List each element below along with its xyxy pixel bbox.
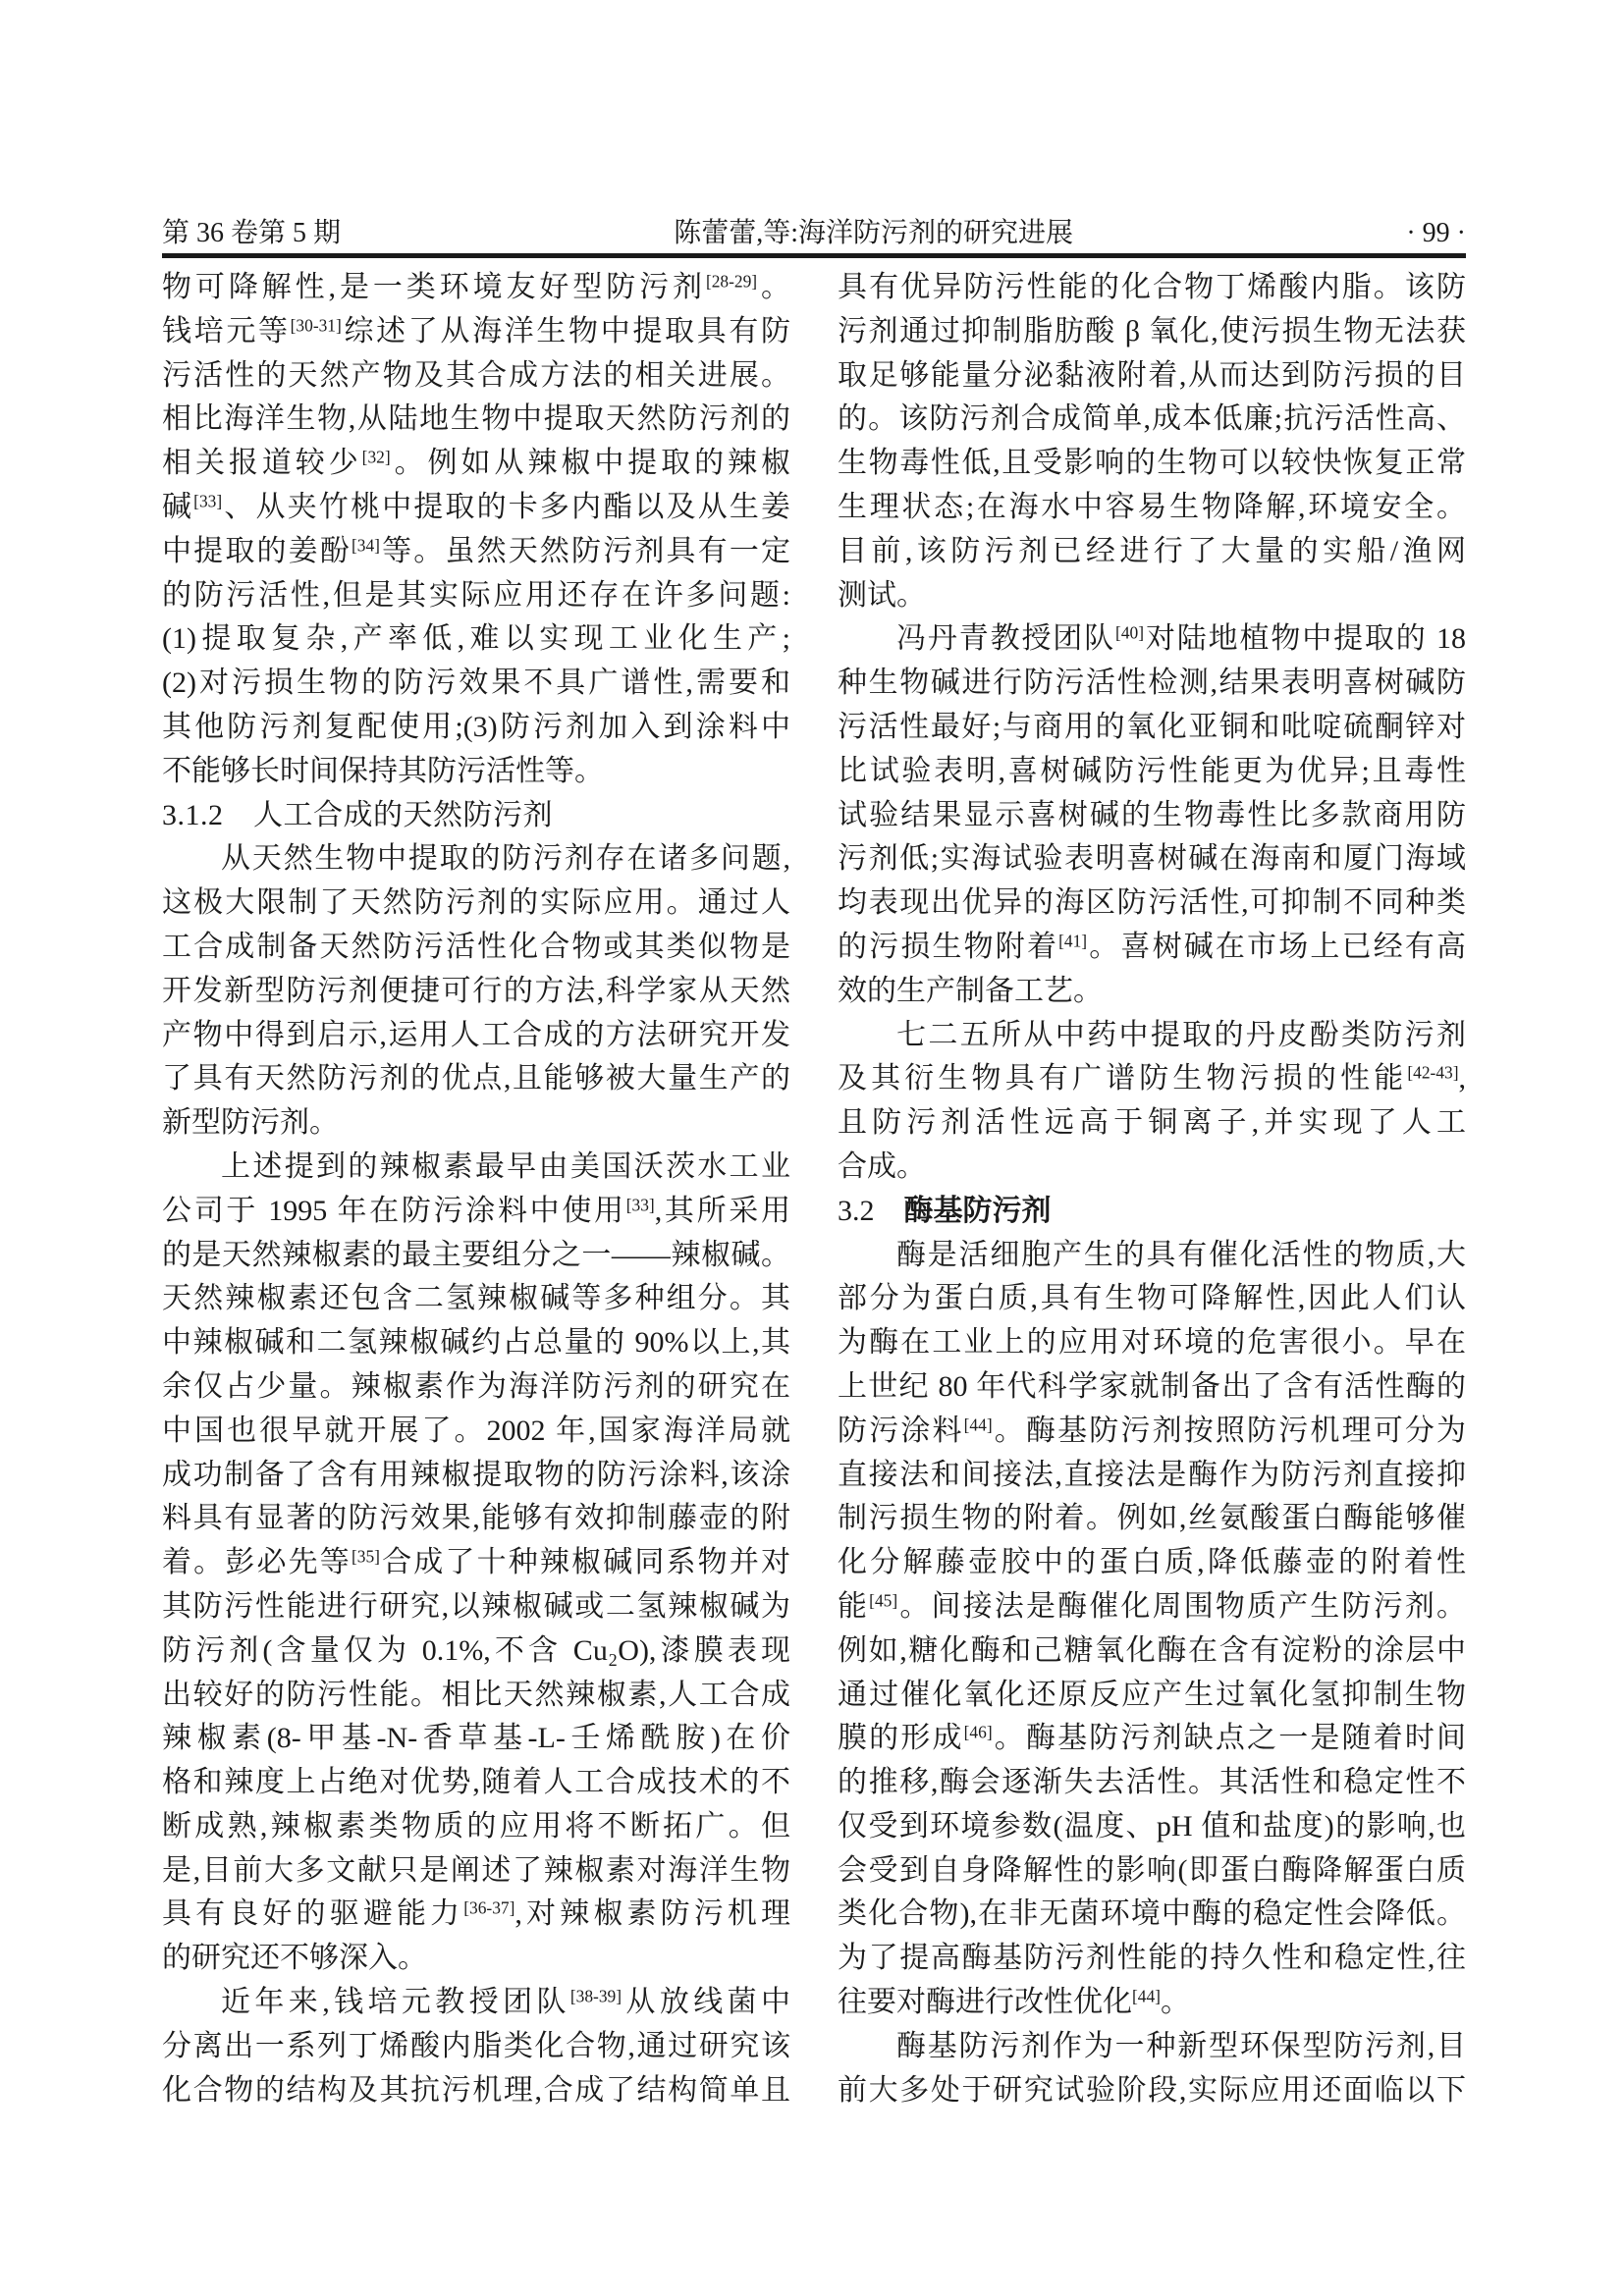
- citation-ref: [40]: [1115, 623, 1144, 643]
- citation-ref: [45]: [869, 1590, 897, 1610]
- text-line: 具有优异防污性能的化合物丁烯酸内脂。该防: [838, 266, 1466, 310]
- text-line: 工合成制备天然防污活性化合物或其类似物是: [162, 926, 790, 970]
- text-line: 余仅占少量。辣椒素作为海洋防污剂的研究在: [162, 1365, 790, 1410]
- right-text-column: 具有优异防污性能的化合物丁烯酸内脂。该防污剂通过抑制脂肪酸 β 氧化,使污损生物…: [838, 266, 1466, 2112]
- text-line: 分离出一系列丁烯酸内脂类化合物,通过研究该: [162, 2025, 790, 2069]
- text-line: 防污涂料[44]。酶基防污剂按照防污机理可分为: [838, 1410, 1466, 1454]
- citation-ref: [44]: [1132, 1987, 1161, 2006]
- citation-ref: [41]: [1058, 931, 1087, 950]
- text-line: 防污剂(含量仅为 0.1%,不含 Cu₂O),漆膜表现: [162, 1629, 790, 1674]
- text-line: 污剂低;实海试验表明喜树碱在海南和厦门海域: [838, 837, 1466, 881]
- text-line: 为酶在工业上的应用对环境的危害很小。早在: [838, 1321, 1466, 1365]
- text-line: 能[45]。间接法是酶催化周围物质产生防污剂。: [838, 1585, 1466, 1629]
- text-line: 生物毒性低,且受影响的生物可以较快恢复正常: [838, 442, 1466, 486]
- text-line: 酶基防污剂作为一种新型环保型防污剂,目: [838, 2025, 1466, 2069]
- text-line: 着。彭必先等[35]合成了十种辣椒碱同系物并对: [162, 1541, 790, 1585]
- page-header: 第 36 卷第 5 期 陈蕾蕾,等:海洋防污剂的研究进展 · 99 ·: [162, 216, 1466, 251]
- text-line: 污活性最好;与商用的氧化亚铜和吡啶硫酮锌对: [838, 706, 1466, 750]
- citation-ref: [28-29]: [706, 271, 757, 291]
- text-line: 相比海洋生物,从陆地生物中提取天然防污剂的: [162, 398, 790, 442]
- text-line: 其防污性能进行研究,以辣椒碱或二氢辣椒碱为: [162, 1585, 790, 1629]
- text-line: 比试验表明,喜树碱防污性能更为优异;且毒性: [838, 750, 1466, 794]
- text-line: 具有良好的驱避能力[36-37],对辣椒素防污机理: [162, 1893, 790, 1937]
- running-title: 陈蕾蕾,等:海洋防污剂的研究进展: [341, 216, 1406, 251]
- text-line: 是,目前大多文献只是阐述了辣椒素对海洋生物: [162, 1849, 790, 1894]
- text-line: 出较好的防污性能。相比天然辣椒素,人工合成: [162, 1674, 790, 1718]
- text-line: 合成。: [838, 1146, 1466, 1190]
- text-line: 例如,糖化酶和己糖氧化酶在含有淀粉的涂层中: [838, 1629, 1466, 1674]
- text-line: 及其衍生物具有广谱防生物污损的性能[42-43],: [838, 1057, 1466, 1101]
- text-line: 中辣椒碱和二氢辣椒碱约占总量的 90%以上,其: [162, 1321, 790, 1365]
- text-line: 直接法和间接法,直接法是酶作为防污剂直接抑: [838, 1454, 1466, 1498]
- header-rule: [162, 253, 1466, 258]
- text-line: 中国也很早就开展了。2002 年,国家海洋局就: [162, 1410, 790, 1454]
- left-text-column: 物可降解性,是一类环境友好型防污剂[28-29]。钱培元等[30-31]综述了从…: [162, 266, 790, 2112]
- text-line: 这极大限制了天然防污剂的实际应用。通过人: [162, 881, 790, 926]
- text-line: 冯丹青教授团队[40]对陆地植物中提取的 18: [838, 617, 1466, 662]
- journal-page: 第 36 卷第 5 期 陈蕾蕾,等:海洋防污剂的研究进展 · 99 · 物可降解…: [0, 0, 1624, 2296]
- text-line: 相关报道较少[32]。例如从辣椒中提取的辣椒: [162, 442, 790, 486]
- text-line: 的研究还不够深入。: [162, 1937, 790, 1981]
- citation-ref: [44]: [964, 1415, 993, 1434]
- text-line: 前大多处于研究试验阶段,实际应用还面临以下: [838, 2069, 1466, 2113]
- text-line: 且防污剂活性远高于铜离子,并实现了人工: [838, 1101, 1466, 1146]
- text-line: 试验结果显示喜树碱的生物毒性比多款商用防: [838, 794, 1466, 838]
- text-line: 的污损生物附着[41]。喜树碱在市场上已经有高: [838, 926, 1466, 970]
- text-line: 类化合物),在非无菌环境中酶的稳定性会降低。: [838, 1893, 1466, 1937]
- text-line: (2)对污损生物的防污效果不具广谱性,需要和: [162, 662, 790, 706]
- text-line: 钱培元等[30-31]综述了从海洋生物中提取具有防: [162, 310, 790, 354]
- text-line: (1)提取复杂,产率低,难以实现工业化生产;: [162, 617, 790, 662]
- text-line: 料具有显著的防污效果,能够有效抑制藤壶的附: [162, 1497, 790, 1541]
- text-line: 产物中得到启示,运用人工合成的方法研究开发: [162, 1014, 790, 1058]
- text-line: 上世纪 80 年代科学家就制备出了含有活性酶的: [838, 1365, 1466, 1410]
- text-line: 取足够能量分泌黏液附着,从而达到防污损的目: [838, 354, 1466, 399]
- section-heading: 3.2 酶基防污剂: [838, 1190, 1466, 1234]
- text-line: 了具有天然防污剂的优点,且能够被大量生产的: [162, 1057, 790, 1101]
- citation-ref: [38-39]: [570, 1987, 622, 2006]
- text-line: 开发新型防污剂便捷可行的方法,科学家从天然: [162, 970, 790, 1014]
- text-line: 酶是活细胞产生的具有催化活性的物质,大: [838, 1234, 1466, 1278]
- text-line: 的是天然辣椒素的最主要组分之一——辣椒碱。: [162, 1234, 790, 1278]
- text-line: 七二五所从中药中提取的丹皮酚类防污剂: [838, 1014, 1466, 1058]
- section-heading: 3.1.2 人工合成的天然防污剂: [162, 794, 790, 838]
- text-line: 种生物碱进行防污活性检测,结果表明喜树碱防: [838, 662, 1466, 706]
- text-line: 成功制备了含有用辣椒提取物的防污涂料,该涂: [162, 1454, 790, 1498]
- text-line: 效的生产制备工艺。: [838, 970, 1466, 1014]
- citation-ref: [33]: [193, 491, 222, 510]
- text-line: 上述提到的辣椒素最早由美国沃茨水工业: [162, 1146, 790, 1190]
- citation-ref: [36-37]: [463, 1898, 514, 1918]
- text-line: 仅受到环境参数(温度、pH 值和盐度)的影响,也: [838, 1805, 1466, 1849]
- citation-ref: [33]: [626, 1195, 655, 1214]
- text-line: 膜的形成[46]。酶基防污剂缺点之一是随着时间: [838, 1717, 1466, 1761]
- heading-label: 酶基防污剂: [904, 1195, 1052, 1227]
- text-line: 会受到自身降解性的影响(即蛋白酶降解蛋白质: [838, 1849, 1466, 1894]
- text-line: 新型防污剂。: [162, 1101, 790, 1146]
- text-line: 断成熟,辣椒素类物质的应用将不断拓广。但: [162, 1805, 790, 1849]
- citation-ref: [35]: [352, 1547, 380, 1567]
- text-line: 化分解藤壶胶中的蛋白质,降低藤壶的附着性: [838, 1541, 1466, 1585]
- text-line: 污剂通过抑制脂肪酸 β 氧化,使污损生物无法获: [838, 310, 1466, 354]
- text-line: 近年来,钱培元教授团队[38-39]从放线菌中: [162, 1981, 790, 2025]
- text-line: 通过催化氧化还原反应产生过氧化氢抑制生物: [838, 1674, 1466, 1718]
- text-line: 的防污活性,但是其实际应用还存在许多问题:: [162, 574, 790, 618]
- text-line: 辣椒素(8-甲基-N-香草基-L-壬烯酰胺)在价: [162, 1717, 790, 1761]
- text-line: 的推移,酶会逐渐失去活性。其活性和稳定性不: [838, 1761, 1466, 1805]
- text-line: 天然辣椒素还包含二氢辣椒碱等多种组分。其: [162, 1277, 790, 1321]
- text-line: 中提取的姜酚[34]等。虽然天然防污剂具有一定: [162, 530, 790, 574]
- page-number: · 99 ·: [1406, 216, 1466, 251]
- text-line: 往要对酶进行改性优化[44]。: [838, 1981, 1466, 2025]
- text-line: 格和辣度上占绝对优势,随着人工合成技术的不: [162, 1761, 790, 1805]
- citation-ref: [34]: [352, 535, 380, 555]
- text-line: 部分为蛋白质,具有生物可降解性,因此人们认: [838, 1277, 1466, 1321]
- text-line: 物可降解性,是一类环境友好型防污剂[28-29]。: [162, 266, 790, 310]
- text-line: 制污损生物的附着。例如,丝氨酸蛋白酶能够催: [838, 1497, 1466, 1541]
- text-line: 为了提高酶基防污剂性能的持久性和稳定性,往: [838, 1937, 1466, 1981]
- text-line: 生理状态;在海水中容易生物降解,环境安全。: [838, 486, 1466, 530]
- text-line: 碱[33]、从夹竹桃中提取的卡多内酯以及从生姜: [162, 486, 790, 530]
- text-line: 的。该防污剂合成简单,成本低廉;抗污活性高、: [838, 398, 1466, 442]
- citation-ref: [46]: [964, 1723, 993, 1742]
- citation-ref: [32]: [362, 448, 391, 467]
- citation-ref: [30-31]: [291, 315, 342, 335]
- text-line: 公司于 1995 年在防污涂料中使用[33],其所采用: [162, 1190, 790, 1234]
- text-line: 从天然生物中提取的防污剂存在诸多问题,: [162, 837, 790, 881]
- text-line: 均表现出优异的海区防污活性,可抑制不同种类: [838, 881, 1466, 926]
- text-line: 不能够长时间保持其防污活性等。: [162, 750, 790, 794]
- text-line: 其他防污剂复配使用;(3)防污剂加入到涂料中: [162, 706, 790, 750]
- volume-issue-label: 第 36 卷第 5 期: [162, 216, 341, 251]
- text-line: 污活性的天然产物及其合成方法的相关进展。: [162, 354, 790, 399]
- text-line: 目前,该防污剂已经进行了大量的实船/渔网: [838, 530, 1466, 574]
- text-line: 化合物的结构及其抗污机理,合成了结构简单且: [162, 2069, 790, 2113]
- citation-ref: [42-43]: [1407, 1063, 1458, 1083]
- text-line: 测试。: [838, 574, 1466, 618]
